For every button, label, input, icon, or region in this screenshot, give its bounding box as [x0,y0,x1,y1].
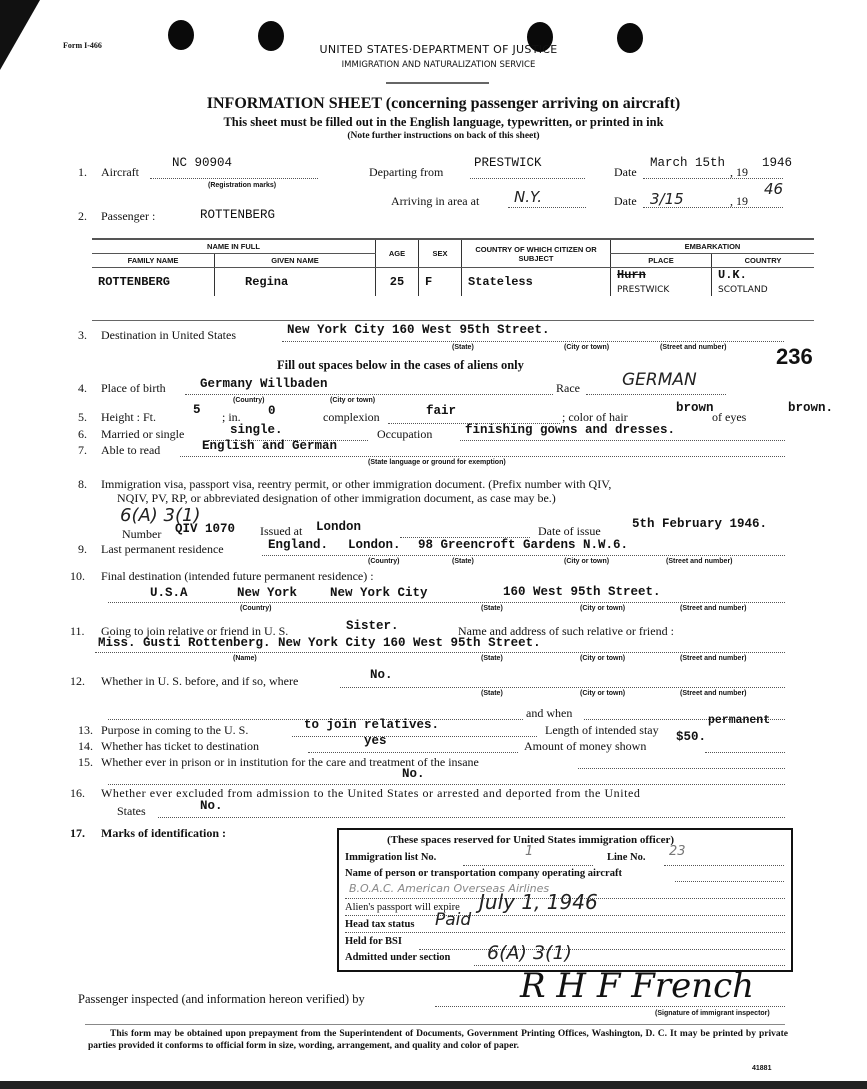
fill-line [675,881,784,882]
place-typed: Hurn [617,268,646,282]
birthplace-field[interactable]: Germany Willbaden [200,377,328,391]
item-number: 9. [78,542,87,557]
stay-field[interactable]: permanent [708,714,770,727]
occupation-label: Occupation [377,427,432,442]
fill-line [150,178,318,179]
year-prefix: , 19 [730,194,748,209]
height-feet-field[interactable]: 5 [193,403,201,417]
residence-country-field[interactable]: England. [268,538,328,552]
item-number: 5. [78,410,87,425]
residence-label: Last permanent residence [101,542,224,557]
final-state-field[interactable]: New York [237,586,297,600]
divider [386,82,489,84]
languages-field[interactable]: English and German [202,439,337,453]
page-stamp: 236 [776,344,813,370]
table-bottom-rule [92,320,814,321]
signature-caption: (Signature of immigrant inspector) [655,1010,770,1017]
height-label: Height : Ft. [101,410,156,425]
year-prefix: , 19 [730,165,748,180]
department-heading: UNITED STATES·DEPARTMENT OF JUSTICE [0,43,867,56]
admitted-section-field[interactable]: 6(A) 3(1) [487,942,572,964]
item-number: 15. [78,755,93,770]
divider [85,1024,785,1025]
field-caption: (State) [481,655,503,662]
previous-visit-label: Whether in U. S. before, and if so, wher… [101,674,298,689]
complexion-label: complexion [323,410,380,425]
marks-label: Marks of identification : [101,826,226,841]
fill-line [180,456,785,457]
service-heading: IMMIGRATION AND NATURALIZATION SERVICE [0,60,867,70]
relative-address-field[interactable]: Miss. Gusti Rottenberg. New York City 16… [98,636,541,650]
fill-line [345,915,785,916]
field-caption: (City or town) [580,690,625,697]
list-number-label: Immigration list No. [345,852,436,863]
field-caption: (Street and number) [680,605,747,612]
item-number: 4. [78,381,87,396]
footer-code: 41881 [752,1065,771,1072]
held-bsi-label: Held for BSI [345,936,402,947]
fill-line [108,784,785,785]
item-number: 1. [78,165,87,180]
embark-country-cell[interactable]: U.K. SCOTLAND [712,268,815,297]
fill-line [463,865,593,866]
fill-line [158,817,785,818]
issued-at-field[interactable]: London [316,520,361,534]
header-emb-country: COUNTRY [712,254,815,268]
field-caption: (Name) [233,655,257,662]
item-number: 14. [78,739,93,754]
field-caption: (State) [452,344,474,351]
prison-field[interactable]: No. [402,767,425,781]
list-number-field[interactable]: 1 [525,844,533,859]
occupation-field[interactable]: finishing gowns and dresses. [465,423,675,437]
fill-line [460,440,785,441]
admitted-section-label: Admitted under section [345,952,450,963]
item-number: 6. [78,427,87,442]
citizenship-cell[interactable]: Stateless [462,268,611,297]
field-caption: (City or town) [564,558,609,565]
issued-at-label: Issued at [260,524,302,539]
embark-place-cell[interactable]: Hurn PRESTWICK [611,268,712,297]
header-country: COUNTRY OF WHICH CITIZEN OR SUBJECT [462,240,611,268]
header-family-name: FAMILY NAME [92,254,215,268]
sex-cell[interactable]: F [419,268,462,297]
item-number: 10. [70,569,85,584]
race-field[interactable]: GERMAN [622,370,697,390]
excluded-label: Whether ever excluded from admission to … [101,786,640,801]
officer-box: (These spaces reserved for United States… [337,828,793,972]
visa-number-field[interactable]: QIV 1070 [175,522,235,536]
departing-field[interactable]: PRESTWICK [474,156,542,170]
aliens-heading: Fill out spaces below in the cases of al… [277,358,524,373]
line-number-label: Line No. [607,852,646,863]
when-label: and when [526,706,572,721]
item-number: 8. [78,477,87,492]
header-place: PLACE [611,254,712,268]
date-label: Date [614,165,637,180]
destination-field[interactable]: New York City 160 West 95th Street. [287,323,550,337]
purpose-field[interactable]: to join relatives. [304,718,439,732]
field-caption: (Registration marks) [208,182,276,189]
issue-date-field[interactable]: 5th February 1946. [632,517,767,531]
arrival-year-field[interactable]: 46 [764,180,783,198]
head-tax-field[interactable]: Paid [435,910,471,930]
scan-edge [0,1081,867,1089]
fill-line [705,752,785,753]
field-caption: (Country) [240,605,272,612]
issue-date-label: Date of issue [538,524,601,539]
family-name-cell[interactable]: ROTTENBERG [92,268,215,297]
item-number: 2. [78,209,87,224]
eyes-field[interactable]: brown. [788,401,833,415]
arriving-label: Arriving in area at [391,194,479,209]
field-caption: (Street and number) [666,558,733,565]
item-number: 12. [70,674,85,689]
field-caption: (Street and number) [660,344,727,351]
aircraft-field[interactable]: NC 90904 [172,156,232,170]
country-handwritten: SCOTLAND [718,285,768,295]
eyes-label: of eyes [712,410,746,425]
excluded-field[interactable]: No. [200,799,223,813]
marital-field[interactable]: single. [230,423,283,437]
inspector-signature[interactable]: R H F French [520,966,754,1006]
fill-line [108,602,785,603]
arriving-field[interactable]: N.Y. [514,188,542,206]
field-caption: (City or town) [564,344,609,351]
fill-line [578,768,785,769]
fill-line [586,394,726,395]
residence-street-field[interactable]: 98 Greencroft Gardens N.W.6. [418,538,628,552]
residence-state-field[interactable]: London. [348,538,401,552]
date-label: Date [614,194,637,209]
item-number: 11. [70,624,85,639]
field-caption: (State language or ground for exemption) [368,459,506,466]
instruction-text: This sheet must be filled out in the Eng… [0,115,867,130]
field-caption: (State) [481,605,503,612]
fill-line [262,555,785,556]
fill-line [643,178,783,179]
fill-line [340,687,785,688]
final-street-field[interactable]: 160 West 95th Street. [503,585,661,599]
field-caption: (City or town) [580,655,625,662]
hair-field[interactable]: brown [676,401,714,415]
field-caption: (State) [481,690,503,697]
line-number-field[interactable]: 23 [669,844,686,859]
item-number: 17. [70,826,85,841]
visa-instruction: Immigration visa, passport visa, reentry… [101,477,611,492]
final-city-field[interactable]: New York City [330,586,428,600]
fill-line [470,178,585,179]
departure-year-field[interactable]: 1946 [762,156,792,170]
departing-label: Departing from [369,165,443,180]
item-number: 16. [70,786,85,801]
passenger-label: Passenger : [101,209,155,224]
country-typed: U.K. [718,268,747,282]
fill-line [664,865,784,866]
ticket-label: Whether has ticket to destination [101,739,259,754]
final-destination-label: Final destination (intended future perma… [101,569,374,584]
field-caption: (Street and number) [680,655,747,662]
header-sex: SEX [419,240,462,268]
field-caption: (State) [452,558,474,565]
signature-line [435,1006,785,1007]
place-handwritten: PRESTWICK [617,285,669,295]
excluded-label-cont: States [117,804,146,819]
fill-line [95,652,785,653]
race-label: Race [556,381,580,396]
previous-visit-field[interactable]: No. [370,668,393,682]
inspection-label: Passenger inspected (and information her… [78,992,365,1007]
field-caption: (Street and number) [680,690,747,697]
final-country-field[interactable]: U.S.A [150,586,188,600]
departure-date-field[interactable]: March 15th [650,156,725,170]
read-label: Able to read [101,443,160,458]
stay-label: Length of intended stay [545,723,659,738]
field-caption: (City or town) [580,605,625,612]
item-number: 7. [78,443,87,458]
fill-line [292,736,537,737]
header-given-name: GIVEN NAME [215,254,376,268]
footer-text: This form may be obtained upon prepaymen… [88,1028,788,1052]
header-age: AGE [376,240,419,268]
passenger-field[interactable]: ROTTENBERG [200,208,275,222]
head-tax-label: Head tax status [345,919,414,930]
money-label: Amount of money shown [524,739,646,754]
page-title: INFORMATION SHEET (concerning passenger … [0,95,867,113]
passenger-table: NAME IN FULL AGE SEX COUNTRY OF WHICH CI… [92,240,814,296]
field-caption: (Country) [368,558,400,565]
header-embarkation: EMBARKATION [611,240,815,254]
fill-line [419,949,785,950]
note-text: (Note further instructions on back of th… [0,131,867,141]
field-caption: (City or town) [330,397,375,404]
visa-instruction-cont: NQIV, PV, RP, or abbreviated designation… [117,491,556,506]
ticket-field[interactable]: yes [364,734,387,748]
fill-line [508,207,586,208]
passport-expiry-field[interactable]: July 1, 1946 [479,890,598,914]
birthplace-label: Place of birth [101,381,166,396]
money-field[interactable]: $50. [676,730,706,744]
destination-label: Destination in United States [101,328,236,343]
arrival-date-field[interactable]: 3/15 [650,190,684,208]
fill-line [345,932,785,933]
fill-line [282,341,784,342]
height-inches-field[interactable]: 0 [268,404,276,418]
field-caption: (Country) [233,397,265,404]
given-name-cell[interactable]: Regina [215,268,376,297]
age-cell[interactable]: 25 [376,268,419,297]
aircraft-label: Aircraft [101,165,139,180]
header-name-in-full: NAME IN FULL [92,240,376,254]
fill-line [308,752,518,753]
complexion-field[interactable]: fair [426,404,456,418]
purpose-label: Purpose in coming to the U. S. [101,723,248,738]
fill-line [185,394,553,395]
visa-number-label: Number [122,527,161,542]
item-number: 13. [78,723,93,738]
relation-field[interactable]: Sister. [346,619,399,633]
marital-label: Married or single [101,427,184,442]
company-label: Name of person or transportation company… [345,868,622,879]
item-number: 3. [78,328,87,343]
